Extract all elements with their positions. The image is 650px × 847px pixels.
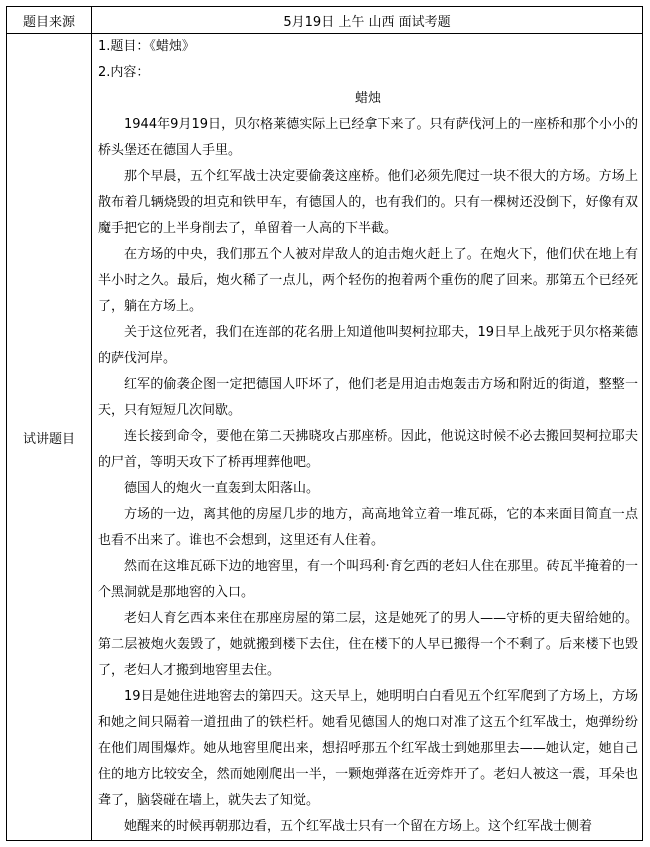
source-label: 题目来源 xyxy=(7,7,92,33)
paragraph: 德国人的炮火一直轰到太阳落山。 xyxy=(98,476,638,502)
source-value: 5月19日 上午 山西 面试考题 xyxy=(92,7,642,33)
table-row-source: 题目来源 5月19日 上午 山西 面试考题 xyxy=(7,7,642,34)
article-title: 蜡烛 xyxy=(98,86,638,112)
paragraph: 在方场的中央，我们那五个人被对岸敌人的迫击炮火赶上了。在炮火下，他们伏在地上有半… xyxy=(98,242,638,320)
paragraph: 红军的偷袭企图一定把德国人吓坏了，他们老是用迫击炮轰击方场和附近的街道，整整一天… xyxy=(98,372,638,424)
table-row-topic: 试讲题目 1.题目：《蜡烛》 2.内容： 蜡烛 1944年9月19日，贝尔格莱德… xyxy=(7,34,642,840)
paragraph: 19日是她住进地窖去的第四天。这天早上，她明明白白看见五个红军爬到了方场上，方场… xyxy=(98,684,638,814)
topic-label: 试讲题目 xyxy=(7,34,92,840)
topic-content-line: 2.内容： xyxy=(98,60,638,86)
paragraph: 连长接到命令，要他在第二天拂晓攻占那座桥。因此，他说这时候不必去搬回契柯拉耶夫的… xyxy=(98,424,638,476)
paragraph: 她醒来的时候再朝那边看，五个红军战士只有一个留在方场上。这个红军战士侧着 xyxy=(98,814,638,840)
paragraph: 那个早晨，五个红军战士决定要偷袭这座桥。他们必须先爬过一块不很大的方场。方场上散… xyxy=(98,164,638,242)
paragraph: 然而在这堆瓦砾下边的地窖里，有一个叫玛利·育乞西的老妇人住在那里。砖瓦半掩着的一… xyxy=(98,554,638,606)
paragraph: 1944年9月19日，贝尔格莱德实际上已经拿下来了。只有萨伐河上的一座桥和那个小… xyxy=(98,112,638,164)
paragraph: 方场的一边，离其他的房屋几步的地方，高高地耸立着一堆瓦砾，它的本来面目简直一点也… xyxy=(98,502,638,554)
paragraph: 关于这位死者，我们在连部的花名册上知道他叫契柯拉耶夫，19日早上战死于贝尔格莱德… xyxy=(98,320,638,372)
paragraph: 老妇人育乞西本来住在那座房屋的第二层，这是她死了的男人——守桥的更夫留给她的。第… xyxy=(98,606,638,684)
topic-content: 1.题目：《蜡烛》 2.内容： 蜡烛 1944年9月19日，贝尔格莱德实际上已经… xyxy=(98,34,638,840)
topic-title-line: 1.题目：《蜡烛》 xyxy=(98,34,638,60)
exam-info-table: 题目来源 5月19日 上午 山西 面试考题 试讲题目 1.题目：《蜡烛》 2.内… xyxy=(6,6,643,841)
